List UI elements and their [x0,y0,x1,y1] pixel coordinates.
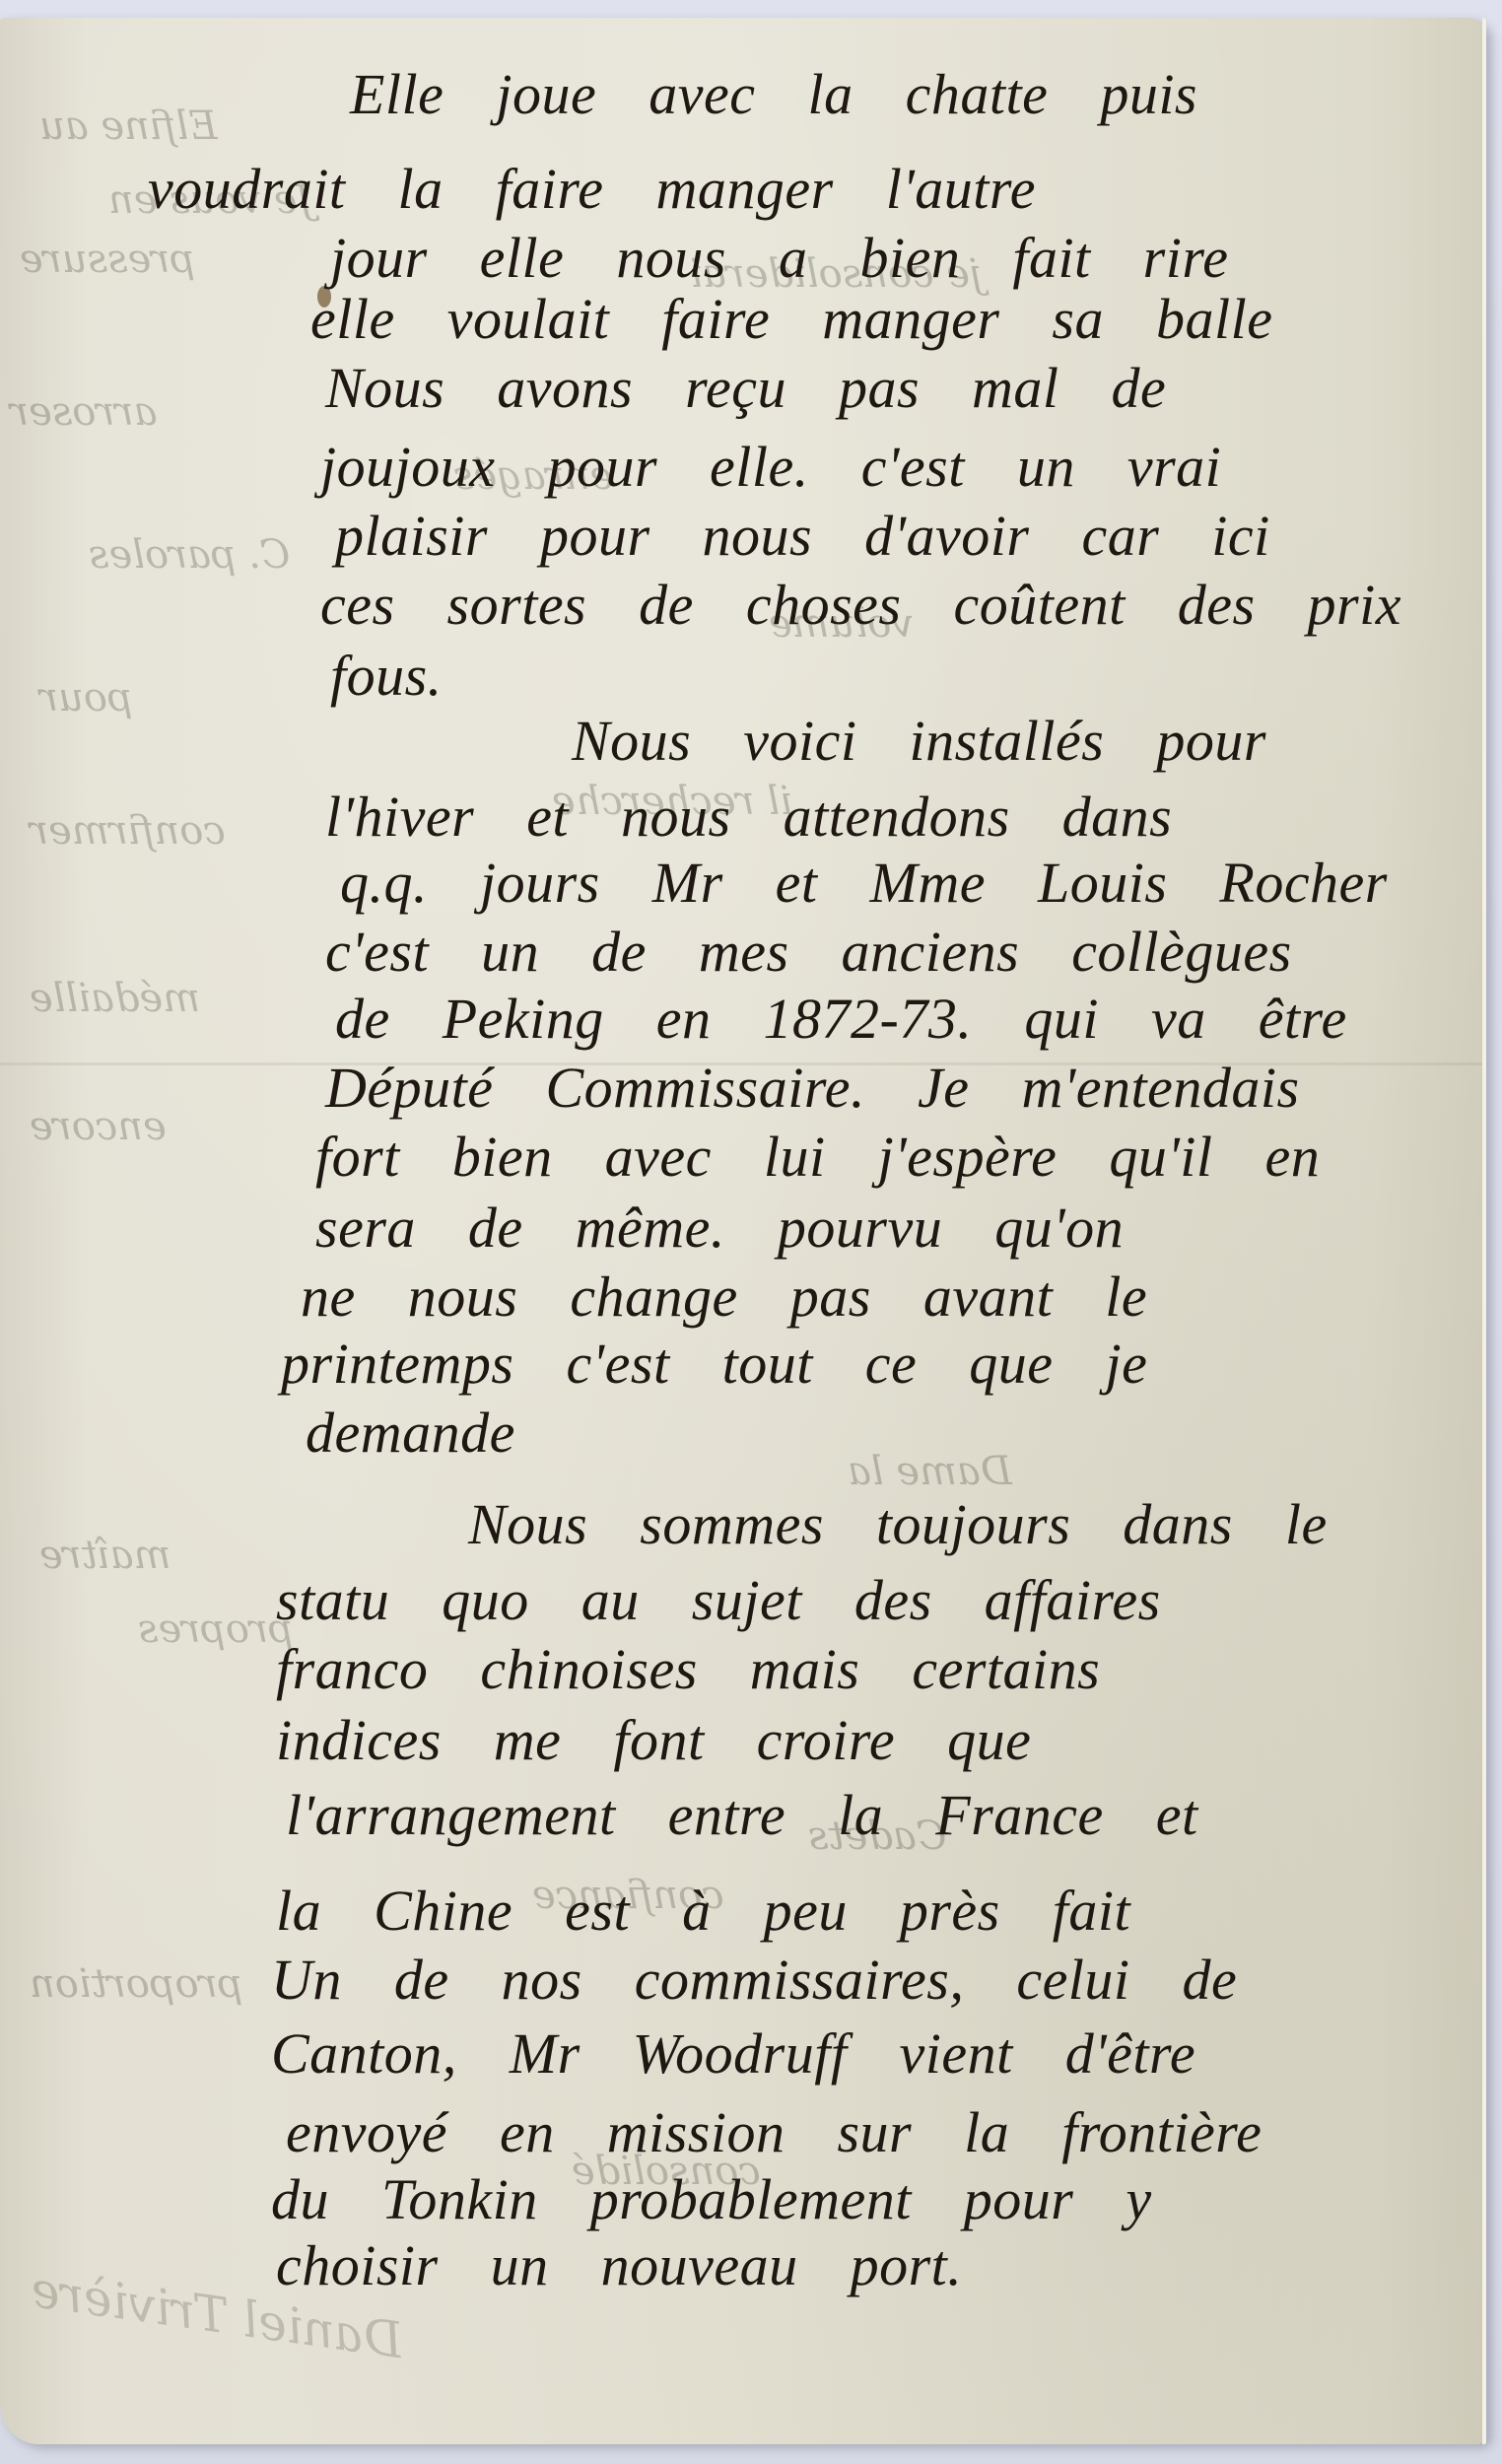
letter-line: de Peking en 1872-73. qui va être [335,986,1347,1052]
letter-line: envoyé en mission sur la frontière [286,2099,1262,2165]
letter-line: Un de nos commissaires, celui de [271,1947,1237,2013]
letter-line: printemps c'est tout ce que je [281,1331,1147,1397]
letter-line: indices me font croire que [276,1707,1031,1773]
letter-line: elle voulait faire manger sa balle [310,286,1272,352]
letter-line: choisir un nouveau port. [276,2232,962,2298]
letter-line: voudrait la faire manger l'autre [148,156,1036,222]
letter-line: ces sortes de choses coûtent des prix [320,572,1401,638]
letter-line: franco chinoises mais certains [276,1636,1100,1702]
letter-line: Canton, Mr Woodruff vient d'être [271,2020,1195,2087]
letter-line: jour elle nous a bien fait rire [330,225,1229,291]
letter-line: Nous voici installés pour [572,708,1266,774]
letter-line: c'est un de mes anciens collègues [325,919,1292,985]
letter-line: fous. [330,643,443,709]
letter-line: Nous avons reçu pas mal de [325,355,1166,421]
letter-line: demande [306,1400,515,1466]
letter-line: statu quo au sujet des affaires [276,1567,1161,1633]
letter-line: plaisir pour nous d'avoir car ici [335,503,1270,569]
letter-line: du Tonkin probablement pour y [271,2166,1152,2232]
letter-line: l'arrangement entre la France et [286,1782,1198,1848]
letter-line: fort bien avec lui j'espère qu'il en [315,1124,1320,1190]
letter-line: ne nous change pas avant le [301,1264,1147,1330]
letter-line: Nous sommes toujours dans le [468,1491,1328,1557]
letter-line: q.q. jours Mr et Mme Louis Rocher [340,850,1388,916]
letter-line: la Chine est à peu près fait [276,1878,1130,1944]
letter-line: Elle joue avec la chatte puis [350,61,1197,127]
letter-line: sera de même. pourvu qu'on [315,1195,1124,1261]
letter-line: l'hiver et nous attendons dans [325,784,1172,850]
letter-line: joujoux pour elle. c'est un vrai [320,434,1221,500]
letter-line: Député Commissaire. Je m'entendais [325,1055,1300,1121]
